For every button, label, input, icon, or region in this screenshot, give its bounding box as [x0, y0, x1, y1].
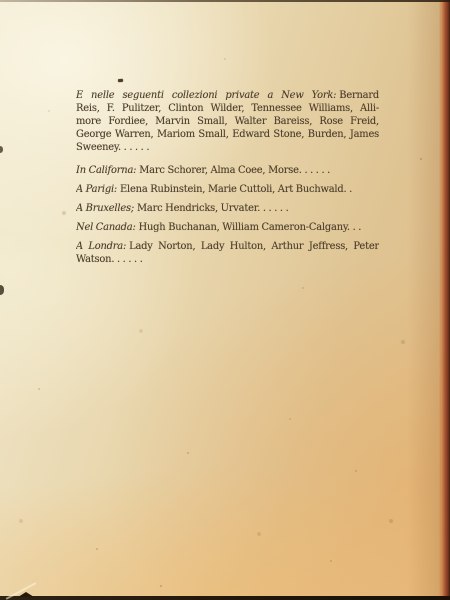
book-page: E nelle seguenti collezioni private a Ne… [0, 0, 450, 600]
text-line: E nelle seguenti collezioni private a Ne… [76, 89, 379, 102]
collection-entry: A Parigi:Elena Rubinstein, Marie Cuttoli… [76, 183, 379, 196]
collection-entry: A Londra:Lady Norton, Lady Hulton, Arthu… [76, 240, 379, 266]
names-text: Lady Norton, Lady Hulton, Arthur Jeffres… [129, 241, 379, 252]
text-line: A Bruxelles;Marc Hendricks, Urvater. . .… [76, 202, 379, 215]
ink-speck [0, 285, 4, 295]
names-text: Hugh Buchanan, William Cameron-Calgany. … [139, 222, 362, 233]
text-line: A Londra:Lady Norton, Lady Hulton, Arthu… [76, 240, 379, 253]
text-line: Nel Canada:Hugh Buchanan, William Camero… [76, 221, 379, 234]
names-text: Bernard [339, 90, 379, 101]
page-edge-notch [18, 592, 34, 597]
location-label: In Californa: [76, 165, 139, 176]
collections-text-block: E nelle seguenti collezioni private a Ne… [76, 89, 379, 272]
names-text: Sweeney. . . . . . [76, 141, 379, 154]
names-text: Marc Hendricks, Urvater. . . . . . [137, 203, 289, 214]
ink-speck [0, 146, 3, 153]
names-text: George Warren, Mariom Small, Edward Ston… [76, 128, 379, 141]
page-edge-bottom [0, 596, 450, 600]
page-edge-top [0, 0, 450, 2]
location-label: A Bruxelles; [76, 203, 137, 214]
collection-entry: Nel Canada:Hugh Buchanan, William Camero… [76, 221, 379, 234]
page-right-shading [407, 0, 441, 600]
names-text: Marc Schorer, Alma Coee, Morse. . . . . … [139, 165, 330, 176]
text-line: In Californa:Marc Schorer, Alma Coee, Mo… [76, 164, 379, 177]
names-text: more Fordiee, Marvin Small, Walter Barei… [76, 115, 379, 128]
location-label: Nel Canada: [76, 222, 139, 233]
collection-entry: A Bruxelles;Marc Hendricks, Urvater. . .… [76, 202, 379, 215]
collection-entry: E nelle seguenti collezioni private a Ne… [76, 89, 379, 154]
names-text: Reis, F. Pulitzer, Clinton Wilder, Tenne… [76, 102, 379, 115]
printer-mark [118, 79, 123, 82]
location-label: A Londra: [76, 241, 129, 252]
names-text: Elena Rubinstein, Marie Cuttoli, Art Buc… [120, 184, 352, 195]
names-text: Watson. . . . . . [76, 253, 379, 266]
location-label: A Parigi: [76, 184, 120, 195]
collection-entry: In Californa:Marc Schorer, Alma Coee, Mo… [76, 164, 379, 177]
text-line: A Parigi:Elena Rubinstein, Marie Cuttoli… [76, 183, 379, 196]
location-label: E nelle seguenti collezioni private a Ne… [76, 90, 339, 101]
page-edge-right [439, 0, 450, 600]
